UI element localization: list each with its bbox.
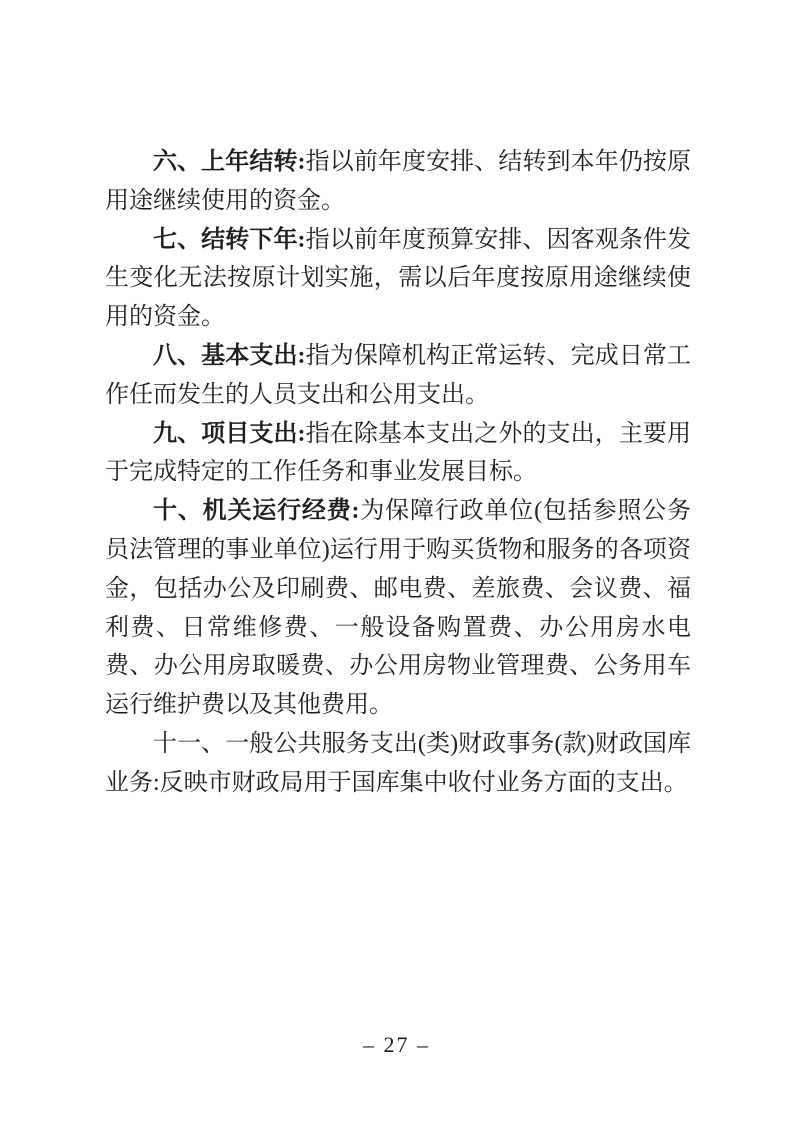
definition-paragraph: 十、机关运行经费:为保障行政单位(包括参照公务员法管理的事业单位)运行用于购买货… — [105, 492, 691, 725]
definition-term: 六、上年结转: — [153, 149, 306, 175]
definition-paragraph: 六、上年结转:指以前年度安排、结转到本年仍按原用途继续使用的资金。 — [105, 143, 691, 221]
definition-paragraph: 八、基本支出:指为保障机构正常运转、完成日常工作任而发生的人员支出和公用支出。 — [105, 337, 691, 415]
definition-term: 八、基本支出: — [153, 343, 306, 369]
definition-paragraph: 九、项目支出:指在除基本支出之外的支出，主要用于完成特定的工作任务和事业发展目标… — [105, 415, 691, 493]
definition-term: 九、项目支出: — [153, 421, 306, 447]
document-page: 六、上年结转:指以前年度安排、结转到本年仍按原用途继续使用的资金。 七、结转下年… — [0, 0, 793, 1122]
definition-term: 十、机关运行经费: — [153, 498, 360, 524]
definition-term: 七、结转下年: — [153, 227, 306, 253]
page-number: – 27 – — [0, 1032, 793, 1058]
definition-text: 十一、一般公共服务支出(类)财政事务(款)财政国库业务:反映市财政局用于国库集中… — [105, 731, 691, 796]
definition-text: 为保障行政单位(包括参照公务员法管理的事业单位)运行用于购买货物和服务的各项资金… — [105, 498, 691, 718]
definition-paragraph: 十一、一般公共服务支出(类)财政事务(款)财政国库业务:反映市财政局用于国库集中… — [105, 725, 691, 803]
document-body: 六、上年结转:指以前年度安排、结转到本年仍按原用途继续使用的资金。 七、结转下年… — [105, 143, 691, 803]
definition-paragraph: 七、结转下年:指以前年度预算安排、因客观条件发生变化无法按原计划实施，需以后年度… — [105, 221, 691, 337]
